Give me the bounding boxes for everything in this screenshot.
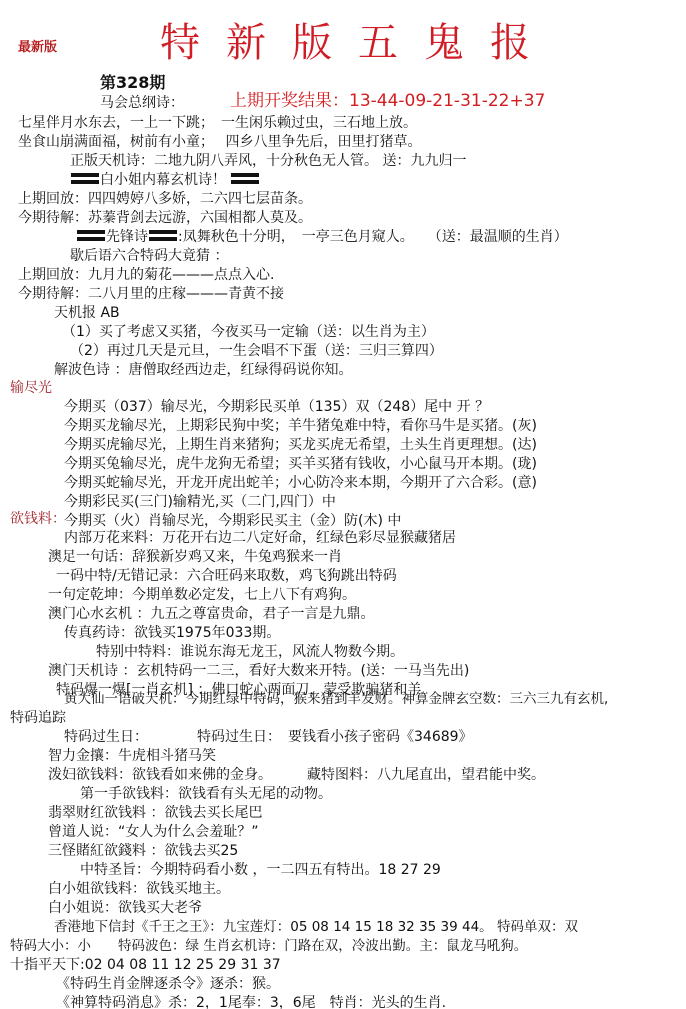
last-result: 上期开奖结果：13-44-09-21-31-22+37	[230, 86, 545, 111]
list-item: 香港地下信封《千王之王》：九宝莲灯：05 08 14 15 18 32 35 3…	[54, 918, 578, 936]
issue-number: 第328期	[100, 70, 165, 93]
wave-color-poem: 解波色诗 ：唐僧取经西边走，红绿得码说你知。	[54, 361, 352, 379]
list-item: 翡翠财红欲钱料 ：欲钱去买长尾巴	[48, 804, 262, 822]
insider-poem-label: 白小姐内幕玄机诗！	[100, 172, 226, 188]
list-item: 白小姐说：欲钱买大老爷	[48, 899, 202, 917]
list-item: 《神算特码消息》杀：2，1尾奉：3，6尾 特肖：光头的生肖.	[56, 994, 446, 1009]
tianji-item-1: （1）买了考虑又买猪，今夜买马一定输（送：以生肖为主）	[62, 323, 435, 341]
list-item: 今期买（火）肖输尽光，今期彩民买主（金）防(木) 中	[64, 512, 401, 530]
vanguard-label: 先锋诗	[106, 229, 148, 245]
double-bar-icon	[71, 173, 99, 185]
poem-line-2: 坐食山崩满面福，树前有小童； 四乡八里争先后，田里打猪草。	[18, 133, 421, 151]
list-item: 今期买龙输尽光，上期彩民狗中奖；羊牛猪兔难中特，看你马牛是买猪。(灰)	[64, 417, 537, 435]
poem-label: 马会总纲诗：	[100, 94, 184, 112]
list-item: 黄大仙一语破天机：今期红绿中特码，猴来猪到羊发财。神算金牌玄空数：三六三九有玄机…	[64, 690, 608, 708]
list-item: 今期彩民买(三门)输精光,买（二门,四门）中	[64, 493, 336, 511]
last-review-1: 上期回放：四四娉婷八多娇，二六四七层苗条。	[18, 190, 312, 208]
list-item: 澳门天机诗 ：玄机特码一二三，看好大数来开特。(送：一马当先出)	[48, 662, 469, 680]
list-item: 十指平天下:02 04 08 11 12 25 29 31 37	[10, 956, 281, 974]
tianji-item-2: （2）再过几天是元旦，一生会唱不下蛋（送：三归三算四）	[70, 342, 443, 360]
list-item: 一码中特/无错记录：六合旺码来取数，鸡飞狗跳出特码	[56, 567, 397, 585]
latest-edition-badge: 最新版	[18, 36, 57, 55]
list-item: 特码过生日： 特码过生日： 要钱看小孩子密码《34689》	[64, 728, 473, 746]
list-item: 内部万花来料：万花开右边二八定好命，红绿色彩尽显猴藏猪居	[64, 529, 456, 547]
last-review-2: 上期回放：九月九的菊花———点点入心.	[18, 266, 274, 284]
section-tracking: 特码追踪	[10, 709, 66, 727]
list-item: 澳足一句话：辞猴新岁鸡又来，牛兔鸡猴来一肖	[48, 548, 342, 566]
list-item: 白小姐欲钱料：欲钱买地主。	[48, 880, 230, 898]
list-item: 一句定乾坤：今期单数必定发，七上八下有鸡狗。	[48, 586, 356, 604]
list-item: 曾道人说：“女人为什么会羞耻？”	[48, 823, 259, 841]
list-item: 今期买蛇输尽光，开龙开虎出蛇羊；小心防冷来本期，今期开了六合彩。(意)	[64, 474, 537, 492]
double-bar-icon	[149, 230, 177, 242]
list-item: 智力金攘：牛虎相斗猪马笑	[48, 747, 216, 765]
page-title: 特新版五鬼报	[160, 18, 556, 68]
list-item: 《特码生肖金牌逐杀令》逐杀：猴。	[56, 975, 280, 993]
list-item: 中特圣旨：今期特码看小数 ，一二四五有特出。18 27 29	[80, 861, 441, 879]
list-item: 泼妇欲钱料：欲钱看如来佛的金身。 藏特图料：八九尾直出，望君能中奖。	[48, 766, 545, 784]
vanguard-poem: 先锋诗:凤舞秋色十分明， 一亭三色月窥人。 （送：最温顺的生肖）	[76, 228, 568, 246]
section-lose-all: 输尽光	[10, 379, 52, 397]
list-item: 第一手欲钱料：欲钱看有头无尾的动物。	[80, 785, 332, 803]
list-item: 特码大小：小 特码波色：绿 生肖玄机诗：门路在双，冷波出勤。主：鼠龙马吼狗。	[10, 937, 527, 955]
insider-poem-heading: 白小姐内幕玄机诗！	[70, 171, 260, 189]
list-item: 今期买兔输尽光，虎牛龙狗无希望；买羊买猪有钱收，小心鼠马开本期。(珑)	[64, 455, 537, 473]
last-result-label: 上期开奖结果：	[230, 91, 349, 111]
tianji-poem: 正版天机诗：二地九阴八弄风，十分秋色无人管。 送：九九归一	[70, 152, 466, 170]
list-item: 今期买虎输尽光，上期生肖来猪狗；买龙买虎无希望，土头生肖更理想。(达)	[64, 436, 537, 454]
list-item: 三怪賭紅欲錢料 ：欲钱去买25	[48, 842, 238, 860]
section-money-tips: 欲钱料：	[10, 510, 66, 528]
pending-2: 今期待解：二八月里的庄稼———青黄不接	[18, 285, 284, 303]
vanguard-text: :凤舞秋色十分明， 一亭三色月窥人。 （送：最温顺的生肖）	[178, 229, 568, 245]
last-result-numbers: 13-44-09-21-31-22+37	[349, 91, 545, 111]
riddle-heading: 歇后语六合特码大竟猜 ：	[70, 247, 228, 265]
list-item: 澳门心水玄机 ：九五之尊富贵命，君子一言是九鼎。	[48, 605, 374, 623]
list-item: 特别中特料：谁说东海无龙王，风流人物数今期。	[96, 643, 404, 661]
list-item: 传真药诗：欲钱买1975年033期。	[64, 624, 280, 642]
double-bar-icon	[77, 230, 105, 242]
double-bar-icon	[231, 173, 259, 185]
tianji-ab: 天机报 AB	[54, 304, 120, 322]
poem-line-1: 七星伴月水东去，一上一下跳； 一生闲乐赖过虫，三石地上放。	[18, 114, 417, 132]
pending-1: 今期待解：苏蓁背剑去远游，六国相都人莫及。	[18, 209, 312, 227]
list-item: 今期买（037）输尽光，今期彩民买单（135）双（248）尾中 开 ？	[64, 398, 489, 416]
